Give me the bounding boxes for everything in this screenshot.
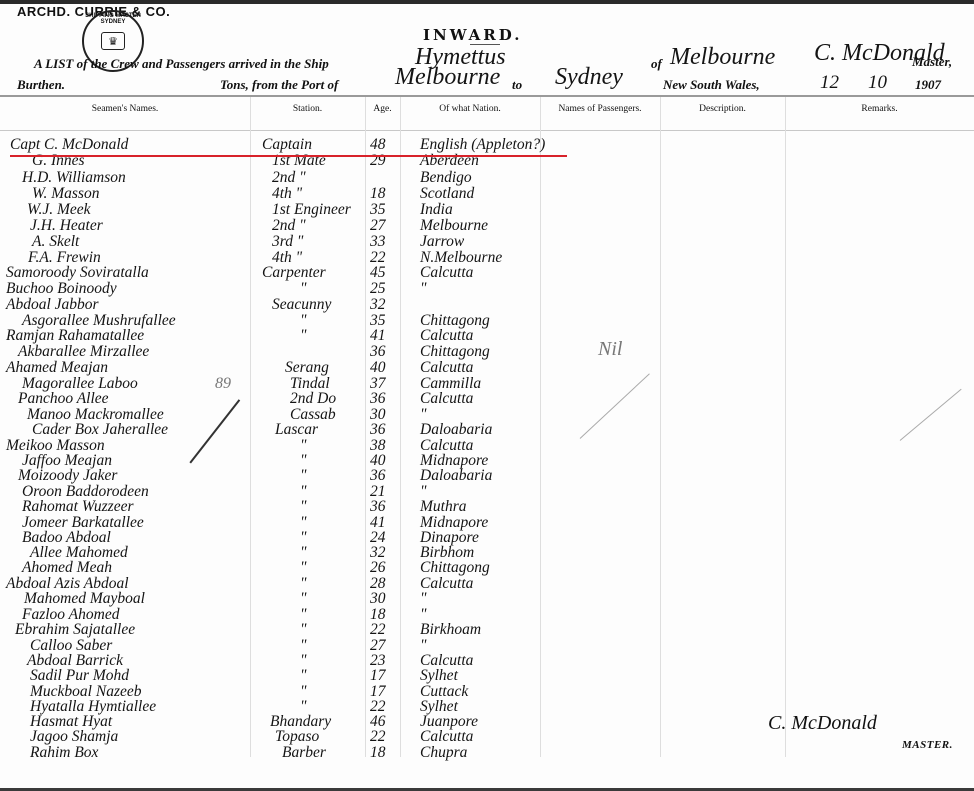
crew-name: Ahomed Meah: [22, 559, 112, 576]
crew-age: 36: [370, 390, 386, 407]
crew-name: Ramjan Rahamatallee: [6, 327, 144, 344]
crew-station: 2nd Do: [290, 390, 336, 407]
date-year: 1907: [915, 77, 941, 93]
crew-nation: Sylhet: [420, 667, 458, 684]
crew-row: W.J. Meek1st Engineer35India: [0, 201, 974, 218]
crew-station: 2nd ": [272, 217, 306, 234]
crew-row: Ebrahim Sajatallee"22Birkhoam: [0, 621, 974, 638]
of-label: of: [651, 56, 662, 72]
crew-name: Panchoo Allee: [18, 390, 109, 407]
crew-row: Mahomed Mayboal"30": [0, 590, 974, 607]
crew-row: Akbarallee Mirzallee36Chittagong: [0, 343, 974, 360]
remarks-nil-note: Nil: [598, 338, 622, 361]
crew-nation: Muthra: [420, 498, 467, 515]
master-signature: C. McDonald: [768, 712, 877, 735]
crew-row: W. Masson4th "18Scotland: [0, 185, 974, 202]
crew-row: Sadil Pur Mohd"17Sylhet: [0, 667, 974, 684]
crew-age: 48: [370, 136, 386, 153]
crew-age: 33: [370, 233, 386, 250]
col-header-passengers: Names of Passengers.: [540, 104, 660, 114]
crew-age: 45: [370, 264, 386, 281]
crew-name: Buchoo Boinoody: [6, 280, 117, 297]
crew-station: ": [300, 467, 307, 484]
crew-name: J.H. Heater: [30, 217, 103, 234]
crew-name: Capt C. McDonald: [10, 136, 128, 153]
crew-station: 1st Engineer: [272, 201, 351, 218]
crew-nation: India: [420, 201, 453, 218]
crew-station: 4th ": [272, 185, 302, 202]
crew-nation: Calcutta: [420, 728, 473, 745]
crew-age: 17: [370, 667, 386, 684]
crew-station: ": [300, 590, 307, 607]
crew-station: Barber: [282, 744, 326, 761]
crew-name: Rahomat Wuzzeer: [22, 498, 134, 515]
crew-nation: Scotland: [420, 185, 474, 202]
crew-nation: Calcutta: [420, 390, 473, 407]
crew-row: Moizoody Jaker"36Daloabaria: [0, 467, 974, 484]
crew-nation: Daloabaria: [420, 467, 492, 484]
crew-station: ": [300, 280, 307, 297]
col-header-age: Age.: [365, 104, 400, 114]
crew-name: Samoroody Soviratalla: [6, 264, 149, 281]
crew-age: 32: [370, 296, 386, 313]
master-label: Master,: [912, 54, 952, 70]
crew-nation: Calcutta: [420, 264, 473, 281]
from-port: Melbourne: [395, 64, 500, 91]
crew-age: 22: [370, 728, 386, 745]
state-label: New South Wales,: [663, 77, 760, 93]
crew-station: Carpenter: [262, 264, 326, 281]
crew-age: 36: [370, 343, 386, 360]
crew-station: 3rd ": [272, 233, 303, 250]
burthen-label: Burthen.: [17, 77, 65, 93]
to-label: to: [512, 77, 522, 93]
crew-nation: Melbourne: [420, 217, 488, 234]
crew-station: ": [300, 559, 307, 576]
master-footer-label: MASTER.: [902, 739, 953, 751]
crew-station: ": [300, 667, 307, 684]
crew-name: Mahomed Mayboal: [24, 590, 145, 607]
crew-nation: ": [420, 590, 427, 607]
stamp-text: SHIPPING MASTER SYDNEY: [84, 13, 142, 25]
to-port: Sydney: [555, 64, 623, 91]
crew-row: H.D. Williamson2nd "Bendigo: [0, 169, 974, 186]
crew-row: Ahomed Meah"26Chittagong: [0, 559, 974, 576]
crew-row: Ramjan Rahamatallee"41Calcutta: [0, 327, 974, 344]
margin-number: 89: [215, 375, 231, 393]
crew-name: Moizoody Jaker: [18, 467, 117, 484]
crew-row: Capt C. McDonaldCaptain48English (Applet…: [0, 136, 974, 153]
date-day: 12: [820, 72, 839, 94]
crew-name: W. Masson: [32, 185, 99, 202]
crew-name: Abdoal Jabbor: [6, 296, 99, 313]
crew-nation: Jarrow: [420, 233, 464, 250]
crew-age: 36: [370, 498, 386, 515]
crew-name: Jagoo Shamja: [30, 728, 118, 745]
column-header-rule: [0, 130, 974, 131]
crew-row: Rahomat Wuzzeer"36Muthra: [0, 498, 974, 515]
crew-nation: Calcutta: [420, 327, 473, 344]
col-header-seamen-names: Seamen's Names.: [0, 104, 250, 114]
crew-station: 2nd ": [272, 169, 306, 186]
crew-nation: Bendigo: [420, 169, 472, 186]
crew-age: 41: [370, 327, 386, 344]
crew-row: Buchoo Boinoody"25": [0, 280, 974, 297]
crew-row: Ahamed MeajanSerang40Calcutta: [0, 359, 974, 376]
crew-name: A. Skelt: [32, 233, 79, 250]
crew-age: 30: [370, 590, 386, 607]
crew-row: Cader Box JaheralleeLascar36Daloabaria: [0, 421, 974, 438]
crown-icon: ♛: [101, 32, 125, 50]
crew-nation: Birkhoam: [420, 621, 481, 638]
crew-station: Lascar: [275, 421, 318, 438]
crew-name: W.J. Meek: [27, 201, 91, 218]
crew-age: 35: [370, 201, 386, 218]
crew-name: H.D. Williamson: [22, 169, 126, 186]
crew-age: 26: [370, 559, 386, 576]
crew-nation: ": [420, 280, 427, 297]
crew-age: 22: [370, 621, 386, 638]
col-header-remarks: Remarks.: [785, 104, 974, 114]
document-title: INWARD.: [423, 26, 522, 44]
crew-age: 18: [370, 185, 386, 202]
red-highlight-line: [10, 155, 567, 157]
col-header-description: Description.: [660, 104, 785, 114]
crew-name: Rahim Box: [30, 744, 98, 761]
crew-row: A. Skelt3rd "33Jarrow: [0, 233, 974, 250]
crew-station: Topaso: [275, 728, 319, 745]
crew-station: Seacunny: [272, 296, 331, 313]
crew-nation: English (Appleton?): [420, 136, 545, 153]
tons-label: Tons, from the Port of: [220, 77, 338, 93]
crew-nation: Daloabaria: [420, 421, 492, 438]
col-header-nation: Of what Nation.: [400, 104, 540, 114]
crew-age: 36: [370, 421, 386, 438]
header-rule: [0, 95, 974, 97]
crew-age: 36: [370, 467, 386, 484]
col-header-station: Station.: [250, 104, 365, 114]
crew-nation: Chittagong: [420, 559, 490, 576]
crew-row: Rahim BoxBarber18Chupra: [0, 744, 974, 761]
crew-row: Panchoo Allee2nd Do36Calcutta: [0, 390, 974, 407]
crew-station: ": [300, 327, 307, 344]
crew-name: Ebrahim Sajatallee: [15, 621, 135, 638]
crew-nation: Chittagong: [420, 343, 490, 360]
crew-name: Cader Box Jaherallee: [32, 421, 168, 438]
crew-age: 25: [370, 280, 386, 297]
crew-age: 40: [370, 359, 386, 376]
list-intro-label: A LIST of the Crew and Passengers arrive…: [34, 56, 329, 72]
crew-row: Abdoal JabborSeacunny32: [0, 296, 974, 313]
crew-name: Sadil Pur Mohd: [30, 667, 129, 684]
home-port: Melbourne: [670, 44, 775, 71]
crew-station: ": [300, 621, 307, 638]
crew-name: Akbarallee Mirzallee: [18, 343, 149, 360]
date-month: 10: [868, 72, 887, 94]
crew-nation: Calcutta: [420, 359, 473, 376]
crew-name: Ahamed Meajan: [6, 359, 108, 376]
crew-age: 18: [370, 744, 386, 761]
crew-station: Serang: [285, 359, 329, 376]
crew-age: 27: [370, 217, 386, 234]
crew-station: ": [300, 498, 307, 515]
crew-row: J.H. Heater2nd "27Melbourne: [0, 217, 974, 234]
crew-row: Samoroody SoviratallaCarpenter45Calcutta: [0, 264, 974, 281]
crew-station: Captain: [262, 136, 312, 153]
crew-nation: Chupra: [420, 744, 467, 761]
